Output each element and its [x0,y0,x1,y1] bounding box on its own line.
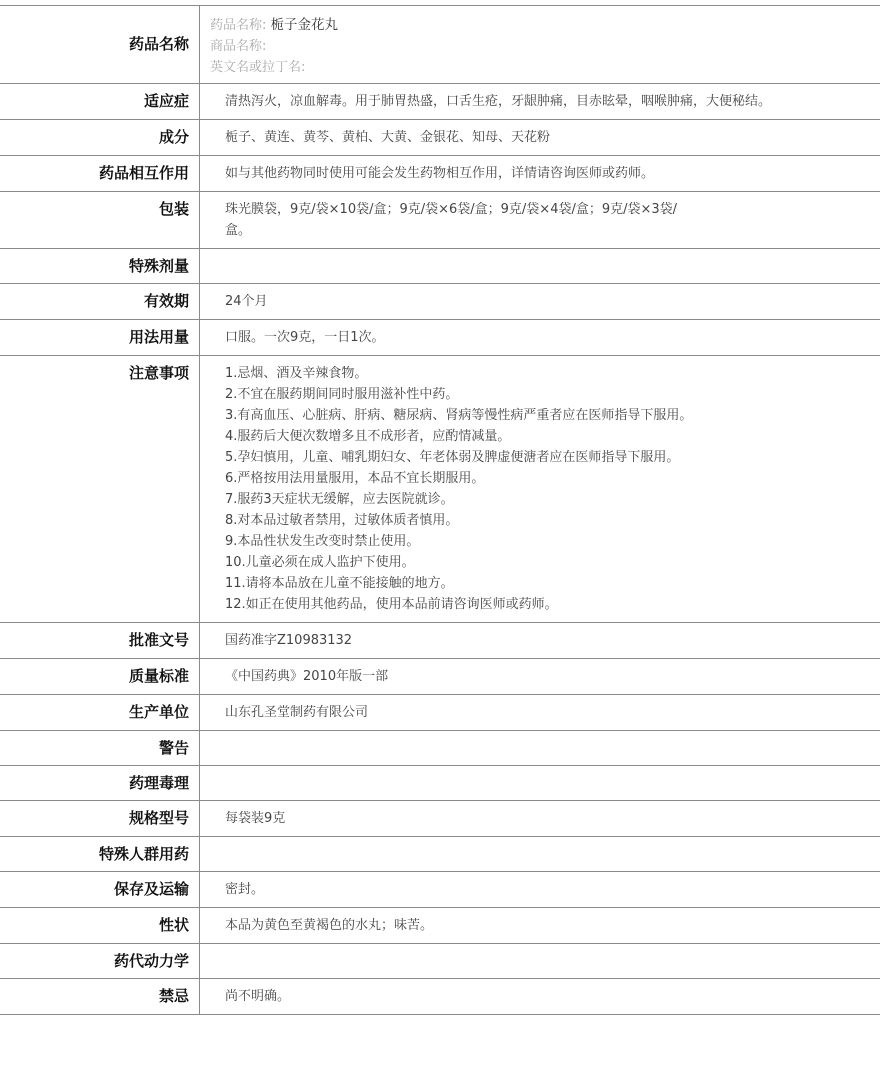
row-value [200,766,880,801]
row-indications: 适应症 清热泻火，凉血解毒。用于肺胃热盛，口舌生疮，牙龈肿痛，目赤眩晕，咽喉肿痛… [0,84,880,120]
row-label: 规格型号 [0,801,200,837]
precaution-item: 2.不宜在服药期间同时服用滋补性中药。 [225,384,880,405]
row-contraindications: 禁忌 尚不明确。 [0,979,880,1015]
row-value: 每袋装9克 [200,801,880,837]
row-label: 性状 [0,908,200,944]
precautions-list: 1.忌烟、酒及辛辣食物。 2.不宜在服药期间同时服用滋补性中药。 3.有高血压、… [200,356,880,623]
row-label: 禁忌 [0,979,200,1015]
packaging-text: 珠光膜袋，9克/袋×10袋/盒；9克/袋×6袋/盒；9克/袋×4袋/盒；9克/袋… [225,199,695,241]
row-value [200,731,880,766]
row-packaging: 包装 珠光膜袋，9克/袋×10袋/盒；9克/袋×6袋/盒；9克/袋×4袋/盒；9… [0,192,880,249]
trade-name-label: 商品名称: [210,39,266,54]
row-label: 有效期 [0,284,200,320]
drug-spec-table: 药品名称 药品名称: 栀子金花丸 商品名称: 英文名或拉丁名: 适应症 清热泻火… [0,5,880,1015]
row-appearance: 性状 本品为黄色至黄褐色的水丸；味苦。 [0,908,880,944]
row-value: 山东孔圣堂制药有限公司 [200,695,880,731]
row-specification: 规格型号 每袋装9克 [0,801,880,837]
row-quality-standard: 质量标准 《中国药典》2010年版一部 [0,659,880,695]
row-value: 国药准字Z10983132 [200,623,880,659]
row-label: 药理毒理 [0,766,200,801]
row-value: 24个月 [200,284,880,320]
row-value: 本品为黄色至黄褐色的水丸；味苦。 [200,908,880,944]
row-label: 成分 [0,120,200,156]
row-dosage: 用法用量 口服。一次9克，一日1次。 [0,320,880,356]
precaution-item: 12.如正在使用其他药品，使用本品前请咨询医师或药师。 [225,594,880,615]
precaution-item: 7.服药3天症状无缓解，应去医院就诊。 [225,489,880,510]
precaution-item: 4.服药后大便次数增多且不成形者，应酌情减量。 [225,426,880,447]
row-manufacturer: 生产单位 山东孔圣堂制药有限公司 [0,695,880,731]
row-label: 质量标准 [0,659,200,695]
row-label: 包装 [0,192,200,249]
precaution-item: 3.有高血压、心脏病、肝病、糖尿病、肾病等慢性病严重者应在医师指导下服用。 [225,405,880,426]
row-label: 药品相互作用 [0,156,200,192]
row-value [200,837,880,872]
indications-text: 清热泻火，凉血解毒。用于肺胃热盛，口舌生疮，牙龈肿痛，目赤眩晕，咽喉肿痛，大便秘… [225,91,795,112]
row-value [200,249,880,284]
row-value: 《中国药典》2010年版一部 [200,659,880,695]
row-label: 生产单位 [0,695,200,731]
row-special-dosage: 特殊剂量 [0,249,880,284]
row-ingredients: 成分 栀子、黄连、黄芩、黄柏、大黄、金银花、知母、天花粉 [0,120,880,156]
precaution-item: 8.对本品过敏者禁用，过敏体质者慎用。 [225,510,880,531]
row-label: 药品名称 [0,6,200,84]
precaution-item: 10.儿童必须在成人监护下使用。 [225,552,880,573]
row-value: 密封。 [200,872,880,908]
row-value: 珠光膜袋，9克/袋×10袋/盒；9克/袋×6袋/盒；9克/袋×4袋/盒；9克/袋… [200,192,880,249]
row-label: 保存及运输 [0,872,200,908]
row-label: 批准文号 [0,623,200,659]
precaution-item: 11.请将本品放在儿童不能接触的地方。 [225,573,880,594]
precaution-item: 6.严格按用法用量服用，本品不宜长期服用。 [225,468,880,489]
english-name-label: 英文名或拉丁名: [210,60,305,75]
row-interactions: 药品相互作用 如与其他药物同时使用可能会发生药物相互作用，详情请咨询医师或药师。 [0,156,880,192]
row-label: 适应症 [0,84,200,120]
row-value [200,944,880,979]
row-label: 特殊人群用药 [0,837,200,872]
row-precautions: 注意事项 1.忌烟、酒及辛辣食物。 2.不宜在服药期间同时服用滋补性中药。 3.… [0,356,880,623]
row-label: 药代动力学 [0,944,200,979]
row-approval-number: 批准文号 国药准字Z10983132 [0,623,880,659]
precaution-item: 1.忌烟、酒及辛辣食物。 [225,363,880,384]
precaution-item: 9.本品性状发生改变时禁止使用。 [225,531,880,552]
row-label: 特殊剂量 [0,249,200,284]
row-pharmacokinetics: 药代动力学 [0,944,880,979]
row-special-population: 特殊人群用药 [0,837,880,872]
row-shelf-life: 有效期 24个月 [0,284,880,320]
row-value: 如与其他药物同时使用可能会发生药物相互作用，详情请咨询医师或药师。 [200,156,880,192]
row-storage: 保存及运输 密封。 [0,872,880,908]
row-drug-name: 药品名称 药品名称: 栀子金花丸 商品名称: 英文名或拉丁名: [0,6,880,84]
name-cell: 药品名称: 栀子金花丸 商品名称: 英文名或拉丁名: [200,6,880,84]
row-label: 用法用量 [0,320,200,356]
row-pharmacology: 药理毒理 [0,766,880,801]
precaution-item: 5.孕妇慎用，儿童、哺乳期妇女、年老体弱及脾虚便溏者应在医师指导下服用。 [225,447,880,468]
row-value: 尚不明确。 [200,979,880,1015]
row-value: 口服。一次9克，一日1次。 [200,320,880,356]
generic-name-label: 药品名称: [210,18,266,33]
row-label: 注意事项 [0,356,200,623]
row-value: 栀子、黄连、黄芩、黄柏、大黄、金银花、知母、天花粉 [200,120,880,156]
generic-name-value: 栀子金花丸 [271,17,339,33]
row-warning: 警告 [0,731,880,766]
row-value: 清热泻火，凉血解毒。用于肺胃热盛，口舌生疮，牙龈肿痛，目赤眩晕，咽喉肿痛，大便秘… [200,84,880,120]
row-label: 警告 [0,731,200,766]
